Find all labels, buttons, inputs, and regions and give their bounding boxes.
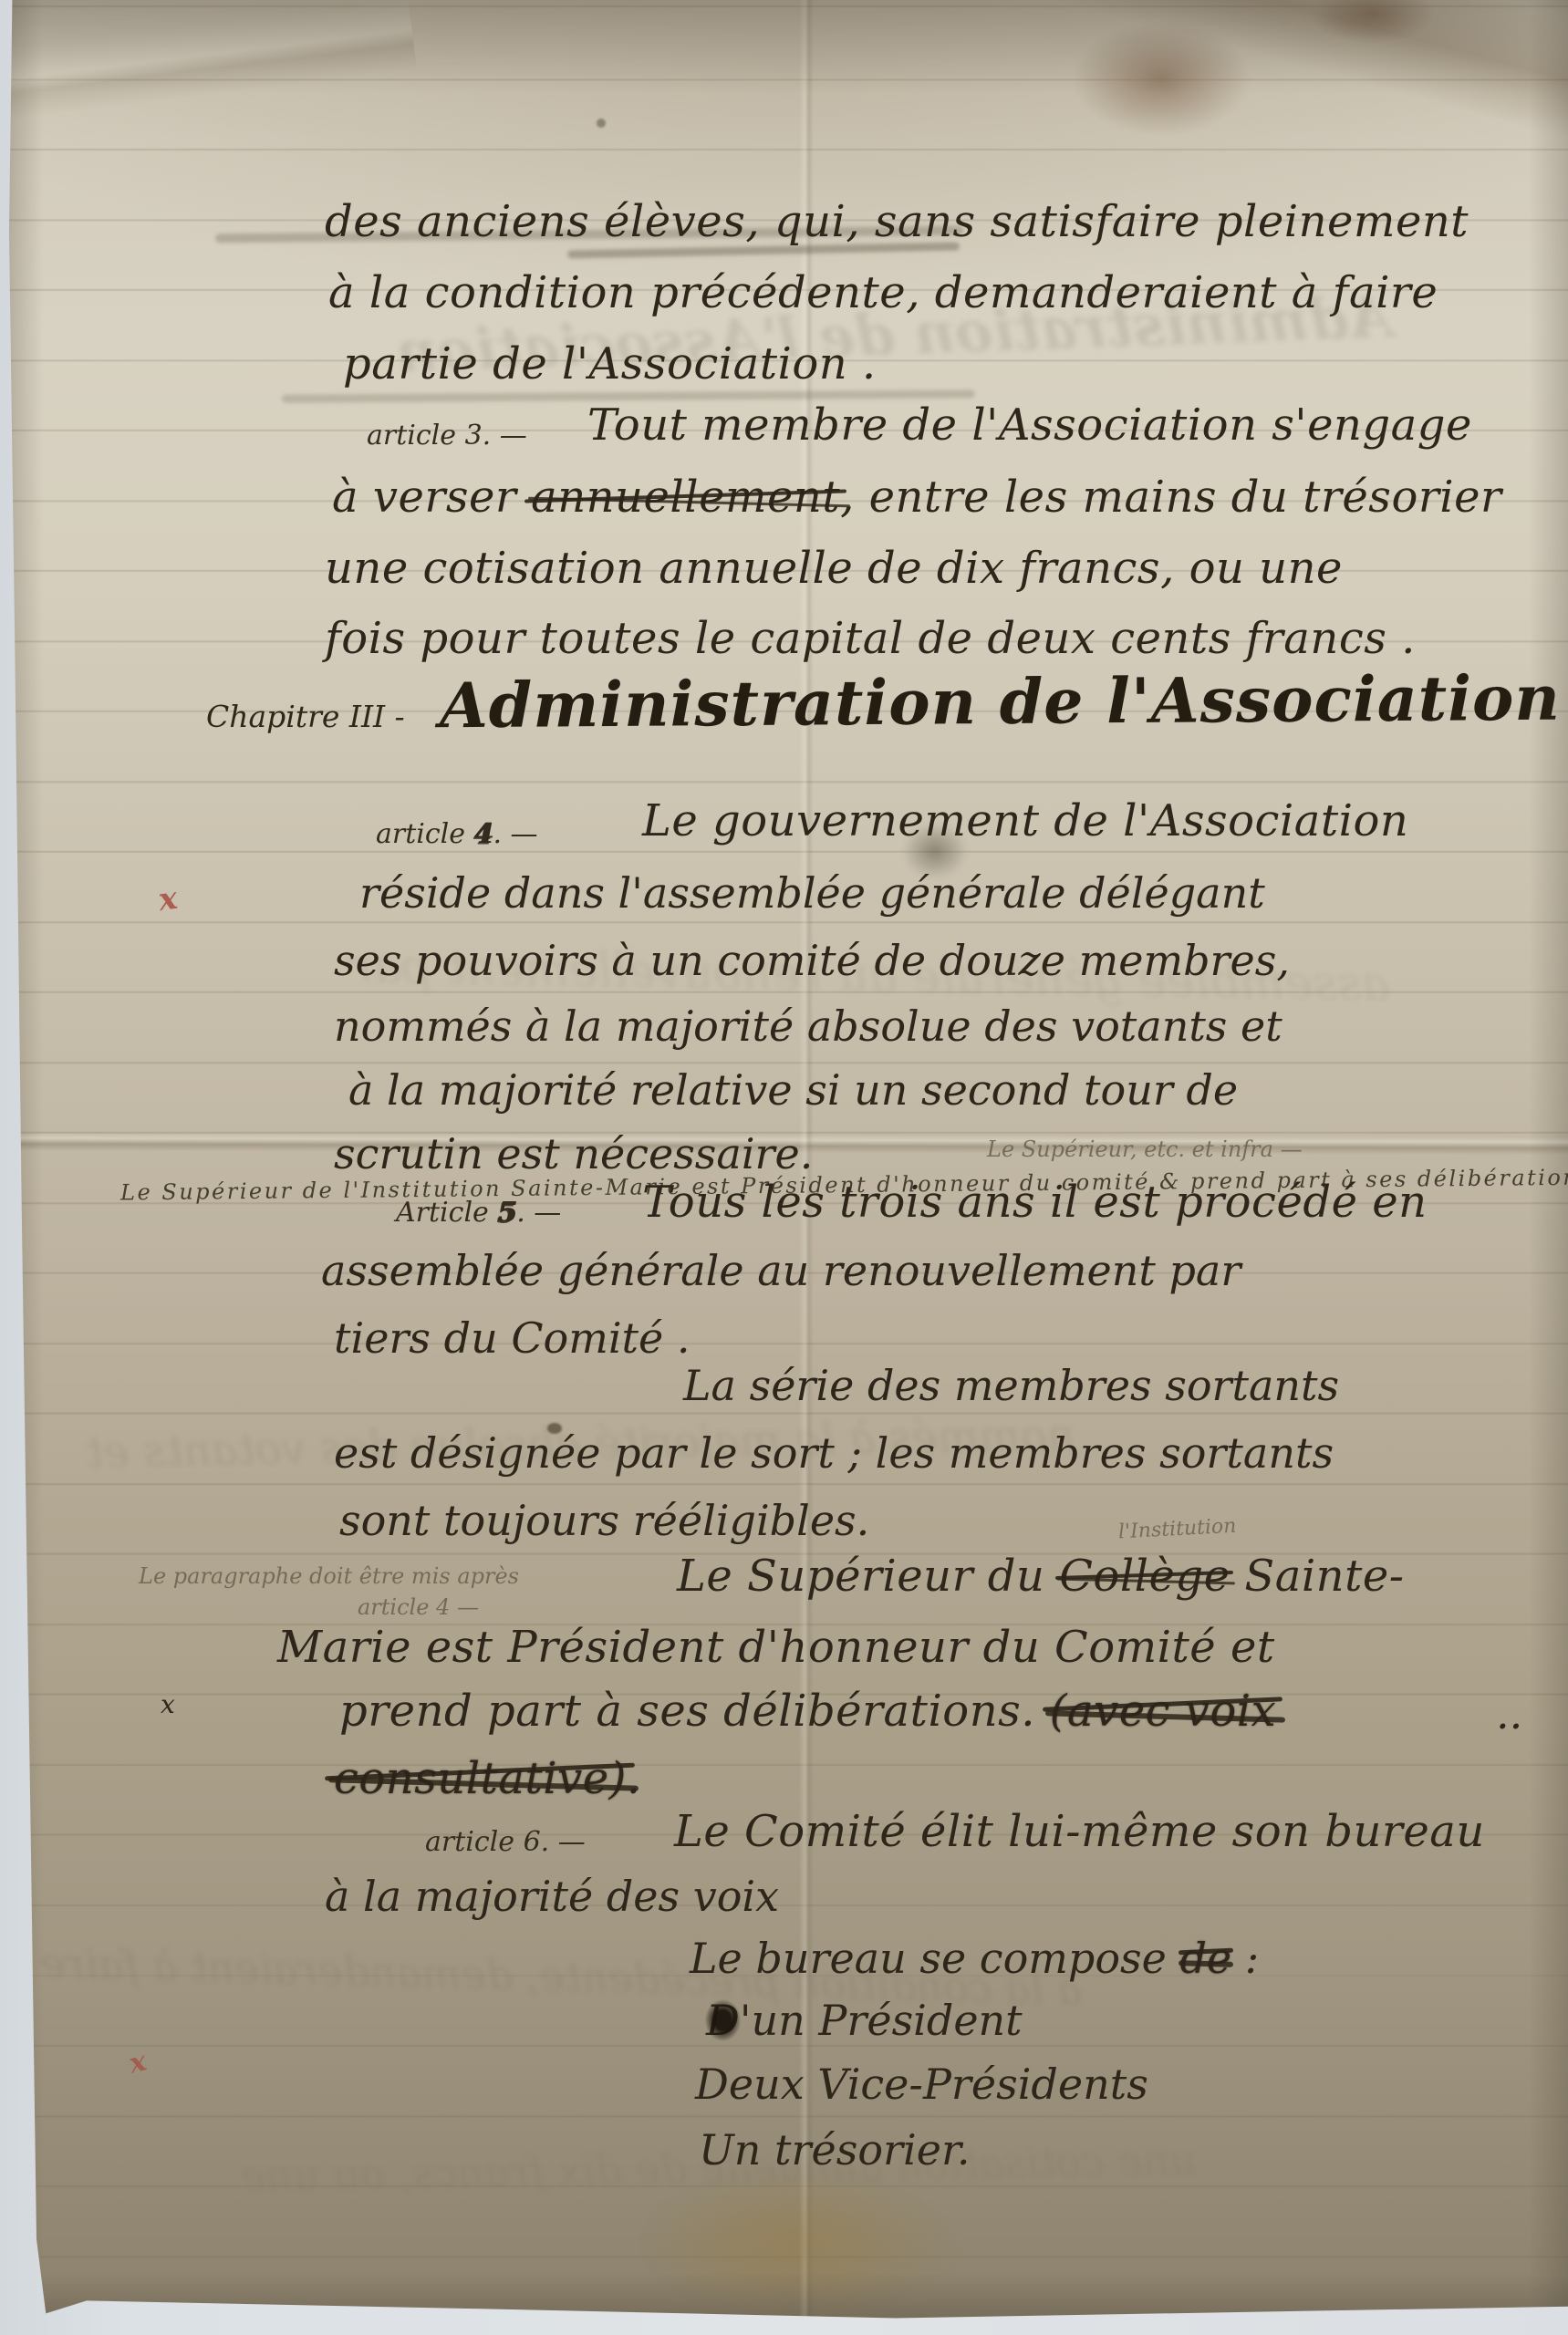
article-6-label: article 6. —: [425, 1826, 586, 1858]
manuscript-line: une cotisation annuelle de dix francs, o…: [325, 543, 1343, 594]
struck-word-de: de: [1179, 1934, 1231, 1983]
overwritten-numeral: 4: [474, 818, 493, 850]
manuscript-line: Tout membre de l'Association s'engage: [587, 400, 1472, 451]
ink-spot: [597, 119, 606, 128]
ink-x-mark: x: [161, 1689, 175, 1719]
trailing-dots: ..: [1496, 1689, 1522, 1738]
manuscript-line: fois pour toutes le capital de deux cent…: [325, 613, 1416, 664]
superscript-correction-note: l'Institution: [1117, 1515, 1237, 1544]
pencil-margin-note: Le Supérieur, etc. et infra —: [987, 1136, 1303, 1162]
manuscript-line: à la majorité relative si un second tour…: [348, 1065, 1238, 1115]
text-segment: prend part à ses délibérations.: [339, 1686, 1050, 1737]
text-segment: , entre les mains du trésorier: [840, 472, 1501, 523]
manuscript-line: réside dans l'assemblée générale délégan…: [359, 868, 1265, 918]
manuscript-line: assemblée générale au renouvellement par: [321, 1246, 1241, 1295]
chapter-title: Administration de l'Association: [440, 662, 1561, 743]
text-segment: 'un Président: [740, 1996, 1023, 2045]
manuscript-line: ses pouvoirs à un comité de douze membre…: [334, 936, 1290, 985]
manuscript-line: Le Comité élit lui-même son bureau: [674, 1806, 1485, 1857]
manuscript-line: Le Supérieur du Collège Sainte-: [677, 1551, 1405, 1602]
fold-crease: [0, 0, 417, 127]
manuscript-line: La série des membres sortants: [683, 1361, 1339, 1410]
struck-word-annuellement: annuellement: [531, 472, 840, 523]
manuscript-line: Le gouvernement de l'Association: [642, 795, 1408, 846]
text-segment: Le Supérieur du: [677, 1551, 1059, 1602]
fold-crease: [1023, 0, 1568, 186]
paper-stain: [642, 2171, 943, 2317]
overwritten-numeral: 5: [497, 1197, 516, 1229]
manuscript-line: à verser annuellement, entre les mains d…: [332, 472, 1501, 523]
manuscript-line: nommés à la majorité absolue des votants…: [334, 1001, 1282, 1051]
pencil-margin-note: Le paragraphe doit être mis après: [139, 1563, 519, 1589]
text-segment: . —: [516, 1197, 561, 1229]
text-segment: :: [1231, 1934, 1259, 1983]
red-x-mark: x: [126, 2045, 150, 2080]
article-5-label: Article 5. —: [396, 1197, 561, 1229]
manuscript-line: Tous les trois ans il est procédé en: [642, 1177, 1428, 1228]
chapter-label: Chapitre III -: [206, 699, 405, 734]
bureau-list-item: D'un Président: [706, 1996, 1023, 2045]
photo-of-manuscript: { "palette":{ "background":"#dce1e5", "p…: [0, 0, 1568, 2335]
manuscript-line: à la condition précédente, demanderaient…: [328, 267, 1438, 318]
text-segment: article: [376, 818, 474, 850]
manuscript-line: partie de l'Association .: [343, 338, 877, 389]
manuscript-line: prend part à ses délibérations. (avec vo…: [339, 1686, 1276, 1737]
blotted-letter: D: [706, 1996, 740, 2045]
manuscript-line: scrutin est nécessaire.: [334, 1129, 813, 1178]
bureau-list-item: Un trésorier.: [699, 2125, 971, 2174]
manuscript-line: Le bureau se compose de :: [690, 1934, 1259, 1983]
struck-phrase-avec-voix: (avec voix: [1050, 1686, 1276, 1737]
text-segment: Sainte-: [1231, 1551, 1405, 1602]
struck-word-consultative: consultative): [334, 1753, 627, 1804]
manuscript-line: Marie est Président d'honneur du Comité …: [277, 1622, 1275, 1673]
manuscript-line: des anciens élèves, qui, sans satisfaire…: [325, 196, 1469, 247]
struck-word-college: Collège: [1059, 1551, 1230, 1602]
manuscript-line: sont toujours rééligibles.: [339, 1496, 869, 1545]
manuscript-line: tiers du Comité .: [334, 1313, 691, 1363]
text-segment: Le bureau se compose: [690, 1934, 1179, 1983]
manuscript-line: à la majorité des voix: [325, 1872, 779, 1921]
text-segment: . —: [493, 818, 537, 850]
text-segment: à verser: [332, 472, 531, 523]
text-segment: Article: [396, 1197, 497, 1229]
article-4-label: article 4. —: [376, 818, 538, 850]
article-3-label: article 3. —: [367, 420, 527, 451]
text-segment: .: [627, 1753, 641, 1804]
pencil-margin-note: article 4 —: [358, 1594, 479, 1620]
red-x-mark: x: [156, 880, 180, 918]
manuscript-paper-sheet: Administration de l'Association assemblé…: [4, 0, 1568, 2320]
bureau-list-item: Deux Vice-Présidents: [695, 2060, 1148, 2109]
manuscript-line: est désignée par le sort ; les membres s…: [334, 1428, 1334, 1478]
manuscript-line: consultative).: [334, 1753, 641, 1804]
